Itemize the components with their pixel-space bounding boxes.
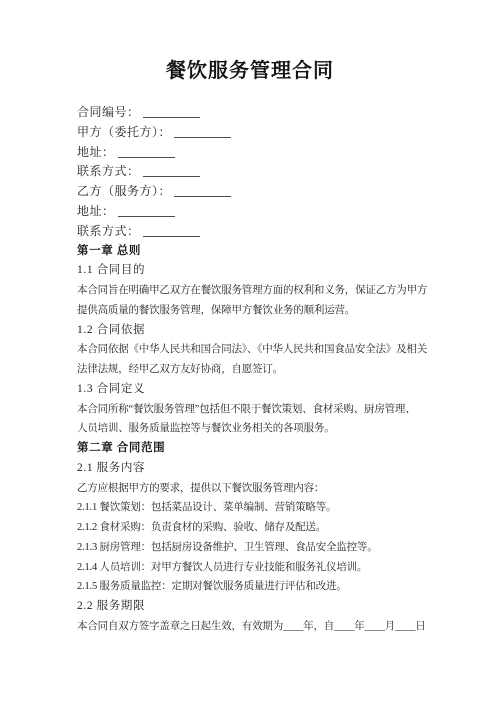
field-blank-line (143, 166, 200, 177)
section-heading: 1.1 合同目的 (77, 261, 437, 281)
field-row-party-b-contact: 联系方式： (77, 222, 500, 242)
paragraph-line: 本合同旨在明确甲乙双方在餐饮服务管理方面的权利和义务，保证乙方为甲方 (77, 281, 437, 301)
field-label: 联系方式： (77, 164, 140, 178)
paragraph-line: 乙方应根据甲方的要求，提供以下餐饮服务管理内容： (77, 479, 437, 499)
field-blank-line (143, 107, 200, 118)
field-label: 合同编号： (77, 105, 140, 119)
paragraph-line: 人员培训、服务质量监控等与餐饮业务相关的各项服务。 (77, 419, 437, 439)
section-heading: 2.2 服务期限 (77, 597, 437, 617)
section-heading: 1.3 合同定义 (77, 380, 437, 400)
field-label: 地址： (77, 145, 115, 159)
section-heading: 1.2 合同依据 (77, 321, 437, 341)
field-blank-line (118, 146, 175, 157)
field-label: 乙方（服务方）： (77, 184, 171, 198)
paragraph-line: 2.1.5 服务质量监控：定期对餐饮服务质量进行评估和改进。 (77, 577, 437, 597)
field-label: 地址： (77, 204, 115, 218)
field-row-contract-number: 合同编号： (77, 103, 500, 123)
paragraph-line: 2.1.4 人员培训：对甲方餐饮人员进行专业技能和服务礼仪培训。 (77, 558, 437, 578)
contract-title: 餐饮服务管理合同 (0, 0, 500, 84)
paragraph-line: 法律法规，经甲乙双方友好协商，自愿签订。 (77, 360, 437, 380)
chapter-heading: 第一章 总则 (77, 242, 437, 262)
paragraph-line: 2.1.2 食材采购：负责食材的采购、验收、储存及配送。 (77, 518, 437, 538)
contract-document-page: 餐饮服务管理合同 合同编号： 甲方（委托方）： 地址： 联系方式： 乙方（服务方… (0, 0, 500, 707)
field-blank-line (118, 206, 175, 217)
field-row-party-a-contact: 联系方式： (77, 162, 500, 182)
field-row-party-a: 甲方（委托方）： (77, 123, 500, 143)
field-blank-line (174, 186, 231, 197)
field-row-party-a-address: 地址： (77, 143, 500, 163)
field-blank-line (143, 226, 200, 237)
contract-header-fields: 合同编号： 甲方（委托方）： 地址： 联系方式： 乙方（服务方）： 地址： 联系… (77, 103, 500, 242)
paragraph-line: 本合同所称“餐饮服务管理”包括但不限于餐饮策划、食材采购、厨房管理、 (77, 400, 437, 420)
field-row-party-b: 乙方（服务方）： (77, 182, 500, 202)
paragraph-line: 2.1.1 餐饮策划：包括菜品设计、菜单编制、营销策略等。 (77, 498, 437, 518)
paragraph-line: 提供高质量的餐饮服务管理，保障甲方餐饮业务的顺利运营。 (77, 301, 437, 321)
field-label: 联系方式： (77, 224, 140, 238)
paragraph-line: 2.1.3 厨房管理：包括厨房设备维护、卫生管理、食品安全监控等。 (77, 538, 437, 558)
contract-body: 第一章 总则 1.1 合同目的 本合同旨在明确甲乙双方在餐饮服务管理方面的权利和… (77, 242, 437, 637)
paragraph-line: 本合同依据《中华人民共和国合同法》、《中华人民共和国食品安全法》及相关 (77, 340, 437, 360)
paragraph-line-with-blanks: 本合同自双方签字盖章之日起生效，有效期为____年，自____年____月___… (77, 617, 437, 637)
field-blank-line (174, 127, 231, 138)
field-row-party-b-address: 地址： (77, 202, 500, 222)
section-heading: 2.1 服务内容 (77, 459, 437, 479)
field-label: 甲方（委托方）： (77, 125, 171, 139)
chapter-heading: 第二章 合同范围 (77, 439, 437, 459)
